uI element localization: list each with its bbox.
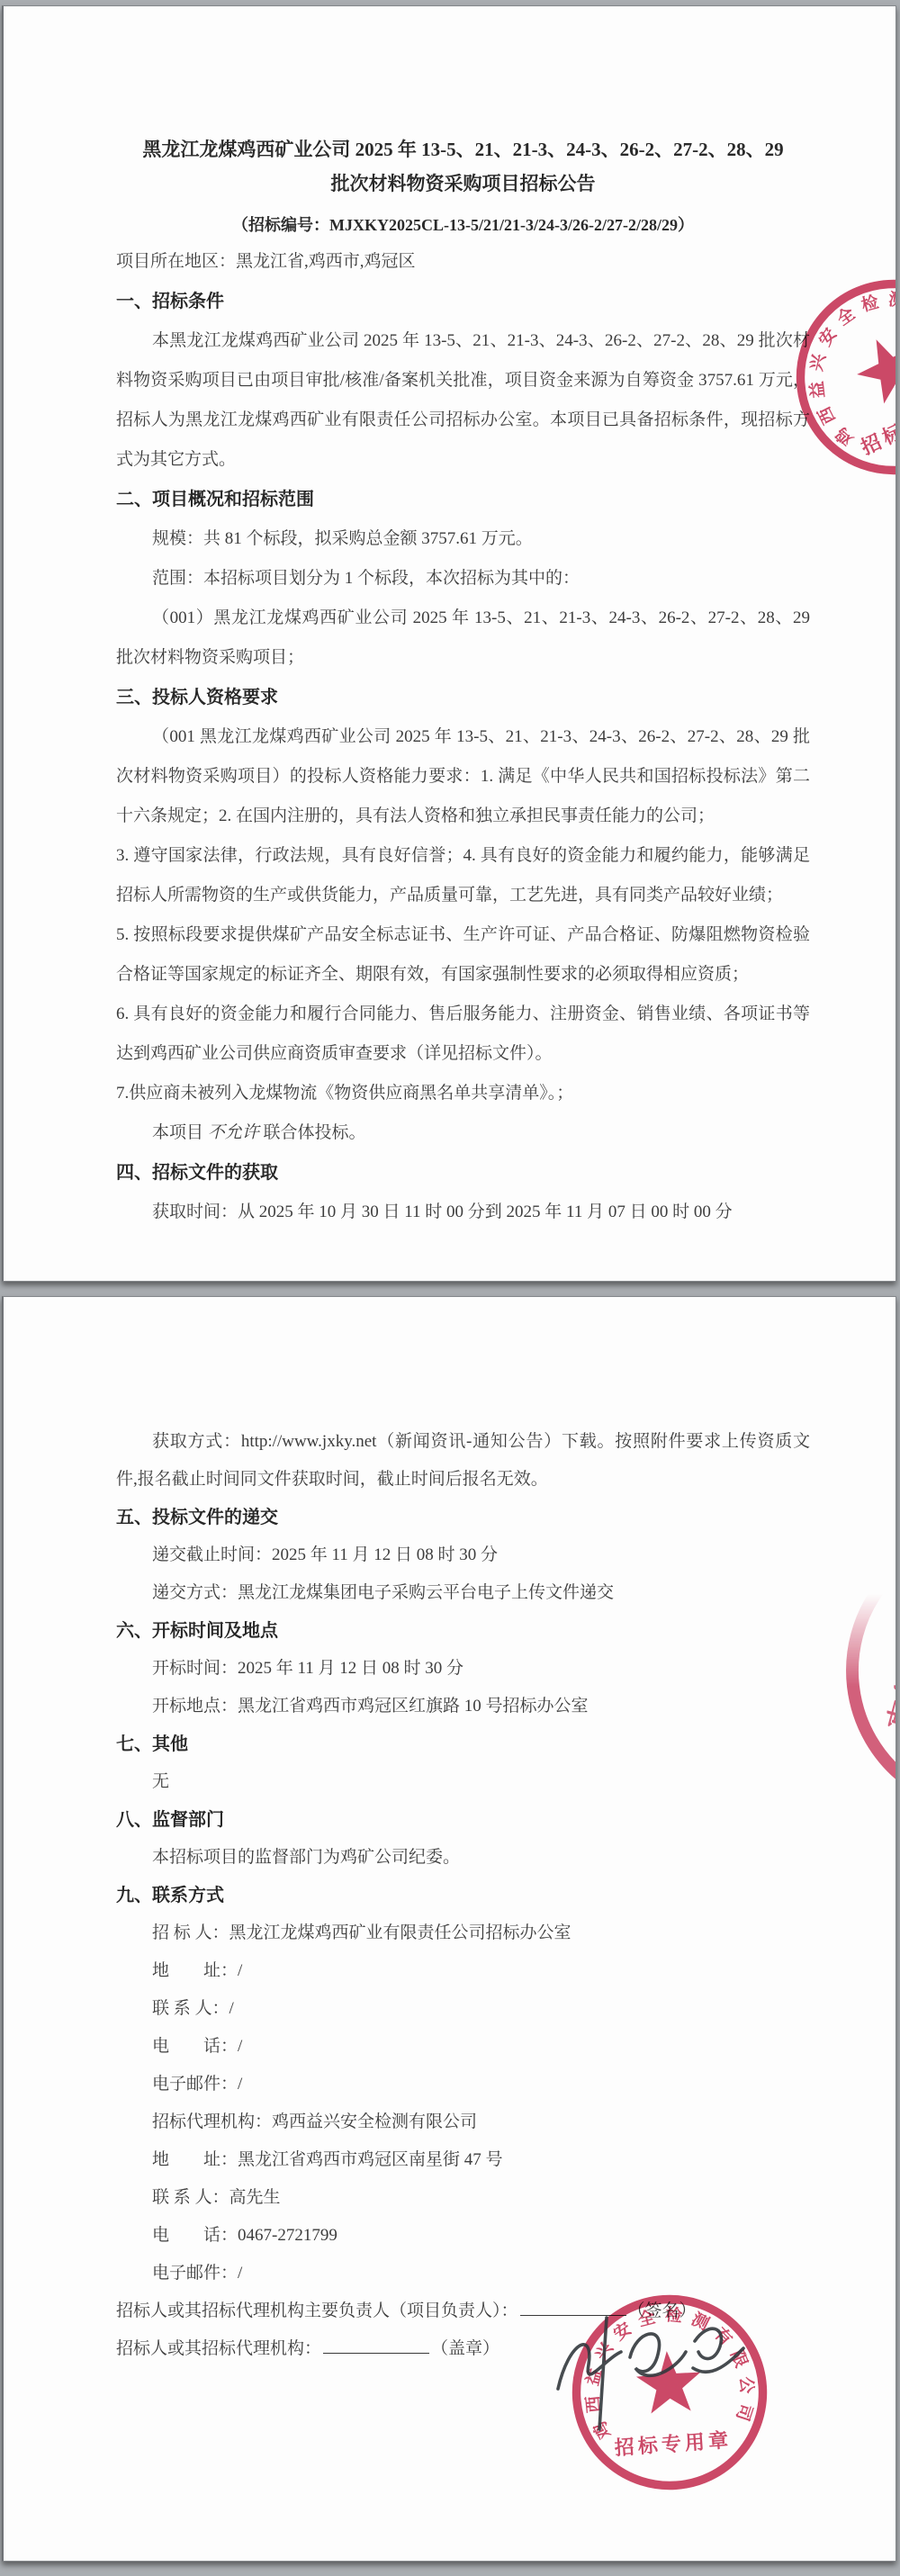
section-2-scale: 规模：共 81 个标段，拟采购总金额 3757.61 万元。: [116, 519, 810, 559]
no-consortium-note: 本项目 不允许 联合体投标。: [116, 1113, 810, 1153]
seal-blank-line: [323, 2336, 429, 2354]
section-3-requirement-5: 5. 按照标段要求提供煤矿产品安全标志证书、生产许可证、产品合格证、防爆阻燃物资…: [116, 915, 810, 995]
project-location: 项目所在地区：黑龙江省,鸡西市,鸡冠区: [116, 242, 810, 282]
handwritten-signature: [542, 2303, 767, 2438]
page-1: 黑龙江龙煤鸡西矿业公司 2025 年 13-5、21、21-3、24-3、26-…: [2, 5, 896, 1282]
agency-phone-line: 电 话：0467-2721799: [116, 2217, 810, 2255]
no-consortium-post: 联合体投标。: [264, 1123, 366, 1142]
tenderer-phone-line: 电 话：/: [116, 2028, 810, 2066]
agency-address-line: 地 址：黑龙江省鸡西市鸡冠区南星街 47 号: [116, 2141, 810, 2179]
email-value: /: [238, 2075, 242, 2094]
page-2-content: 获取方式：http://www.jxky.net（新闻资讯-通知公告）下载。按照…: [4, 1297, 895, 2368]
company-seal-stamp-page1: 鸡西益兴安全检测有限公司 招标专用章: [790, 274, 896, 481]
section-7-none: 无: [116, 1763, 810, 1801]
signature-line-label: 招标人或其招标代理机构主要负责人（项目负责人）：: [116, 2301, 518, 2320]
agency-contact-line: 联 系 人：高先生: [116, 2179, 810, 2217]
phone-label: 电 话：: [152, 2226, 238, 2245]
tenderer-contact-line: 联 系 人：/: [116, 1990, 810, 2028]
section-1-paragraph: 本黑龙江龙煤鸡西矿业公司 2025 年 13-5、21、21-3、24-3、26…: [116, 321, 810, 480]
company-seal-stamp-page2-edge: 鸡西益兴安全检测有限公司 招标专用章: [837, 1518, 896, 1824]
supervision-paragraph: 本招标项目的监督部门为鸡矿公司纪委。: [116, 1839, 810, 1877]
contact-value: 高先生: [229, 2188, 281, 2207]
address-value: /: [238, 1961, 242, 1980]
section-3-requirement-7: 7.供应商未被列入龙煤物流《物资供应商黑名单共享清单》。；: [116, 1074, 810, 1113]
section-2-lot: （001）黑龙江龙煤鸡西矿业公司 2025 年 13-5、21、21-3、24-…: [116, 599, 810, 678]
doc-title-line-2: 批次材料物资采购项目招标公告: [116, 167, 810, 201]
doc-title-line-1: 黑龙江龙煤鸡西矿业公司 2025 年 13-5、21、21-3、24-3、26-…: [116, 132, 810, 167]
submission-deadline: 递交截止时间：2025 年 11 月 12 日 08 时 30 分: [116, 1536, 810, 1574]
section-3-heading: 三、投标人资格要求: [116, 678, 810, 717]
phone-value: /: [238, 2037, 242, 2056]
seal-line-suffix: （盖章）: [431, 2339, 499, 2358]
section-3-requirement-6: 6. 具有良好的资金能力和履行合同能力、售后服务能力、注册资金、销售业绩、各项证…: [116, 995, 810, 1074]
section-3-requirements-1-2: （001 黑龙江龙煤鸡西矿业公司 2025 年 13-5、21、21-3、24-…: [116, 717, 810, 836]
tenderer-email-line: 电子邮件：/: [116, 2066, 810, 2103]
section-8-heading: 八、监督部门: [116, 1801, 810, 1839]
section-6-heading: 六、开标时间及地点: [116, 1612, 810, 1650]
tenderer-line: 招 标 人：黑龙江龙煤鸡西矿业有限责任公司招标办公室: [116, 1914, 810, 1952]
obtain-method-paragraph: 获取方式：http://www.jxky.net（新闻资讯-通知公告）下载。按照…: [116, 1423, 810, 1499]
address-label: 地 址：: [152, 1961, 238, 1980]
agency-label: 招标代理机构：: [152, 2112, 272, 2131]
agency-line: 招标代理机构：鸡西益兴安全检测有限公司: [116, 2103, 810, 2141]
phone-value: 0467-2721799: [238, 2226, 337, 2245]
email-label: 电子邮件：: [152, 2075, 238, 2094]
contact-value: /: [229, 1999, 234, 2018]
address-label: 地 址：: [152, 2150, 238, 2169]
submission-method: 递交方式：黑龙江龙煤集团电子采购云平台电子上传文件递交: [116, 1574, 810, 1612]
section-2-heading: 二、项目概况和招标范围: [116, 480, 810, 519]
agency-value: 鸡西益兴安全检测有限公司: [272, 2112, 477, 2131]
seal-star-icon: [847, 326, 896, 409]
tenderer-address-line: 地 址：/: [116, 1952, 810, 1990]
section-4-heading: 四、招标文件的获取: [116, 1153, 810, 1193]
contact-label: 联 系 人：: [152, 2188, 229, 2207]
page-1-content: 黑龙江龙煤鸡西矿业公司 2025 年 13-5、21、21-3、24-3、26-…: [4, 6, 895, 1232]
seal-label: 招标专用章: [858, 389, 896, 459]
section-1-heading: 一、招标条件: [116, 282, 810, 321]
section-2-scope: 范围：本招标项目划分为 1 个标段，本次招标为其中的：: [116, 559, 810, 599]
section-3-requirements-3-4: 3. 遵守国家法律，行政法规，具有良好信誉；4. 具有良好的资金能力和履约能力，…: [116, 836, 810, 915]
scanned-tender-announcement: { "page1": { "title_line1": "黑龙江龙煤鸡西矿业公司…: [0, 0, 900, 2576]
no-consortium-pre: 本项目: [152, 1123, 203, 1142]
page-2: 获取方式：http://www.jxky.net（新闻资讯-通知公告）下载。按照…: [2, 1296, 896, 2562]
section-9-heading: 九、联系方式: [116, 1877, 810, 1914]
tenderer-value: 黑龙江龙煤鸡西矿业有限责任公司招标办公室: [229, 1923, 571, 1942]
bid-opening-place: 开标地点：黑龙江省鸡西市鸡冠区红旗路 10 号招标办公室: [116, 1688, 810, 1725]
no-consortium-emphasis: 不允许: [208, 1123, 259, 1142]
seal-line-label: 招标人或其招标代理机构：: [116, 2339, 321, 2358]
section-7-heading: 七、其他: [116, 1725, 810, 1763]
email-label: 电子邮件：: [152, 2264, 238, 2283]
tenderer-label: 招 标 人：: [152, 1923, 229, 1942]
email-value: /: [238, 2264, 242, 2283]
contact-label: 联 系 人：: [152, 1999, 229, 2018]
tender-number: （招标编号：MJXKY2025CL-13-5/21/21-3/24-3/26-2…: [116, 208, 810, 242]
address-value: 黑龙江省鸡西市鸡冠区南星街 47 号: [238, 2150, 503, 2169]
section-4-obtain-time: 获取时间：从 2025 年 10 月 30 日 11 时 00 分到 2025 …: [116, 1193, 810, 1232]
section-5-heading: 五、投标文件的递交: [116, 1499, 810, 1536]
bid-opening-time: 开标时间：2025 年 11 月 12 日 08 时 30 分: [116, 1650, 810, 1688]
phone-label: 电 话：: [152, 2037, 238, 2056]
